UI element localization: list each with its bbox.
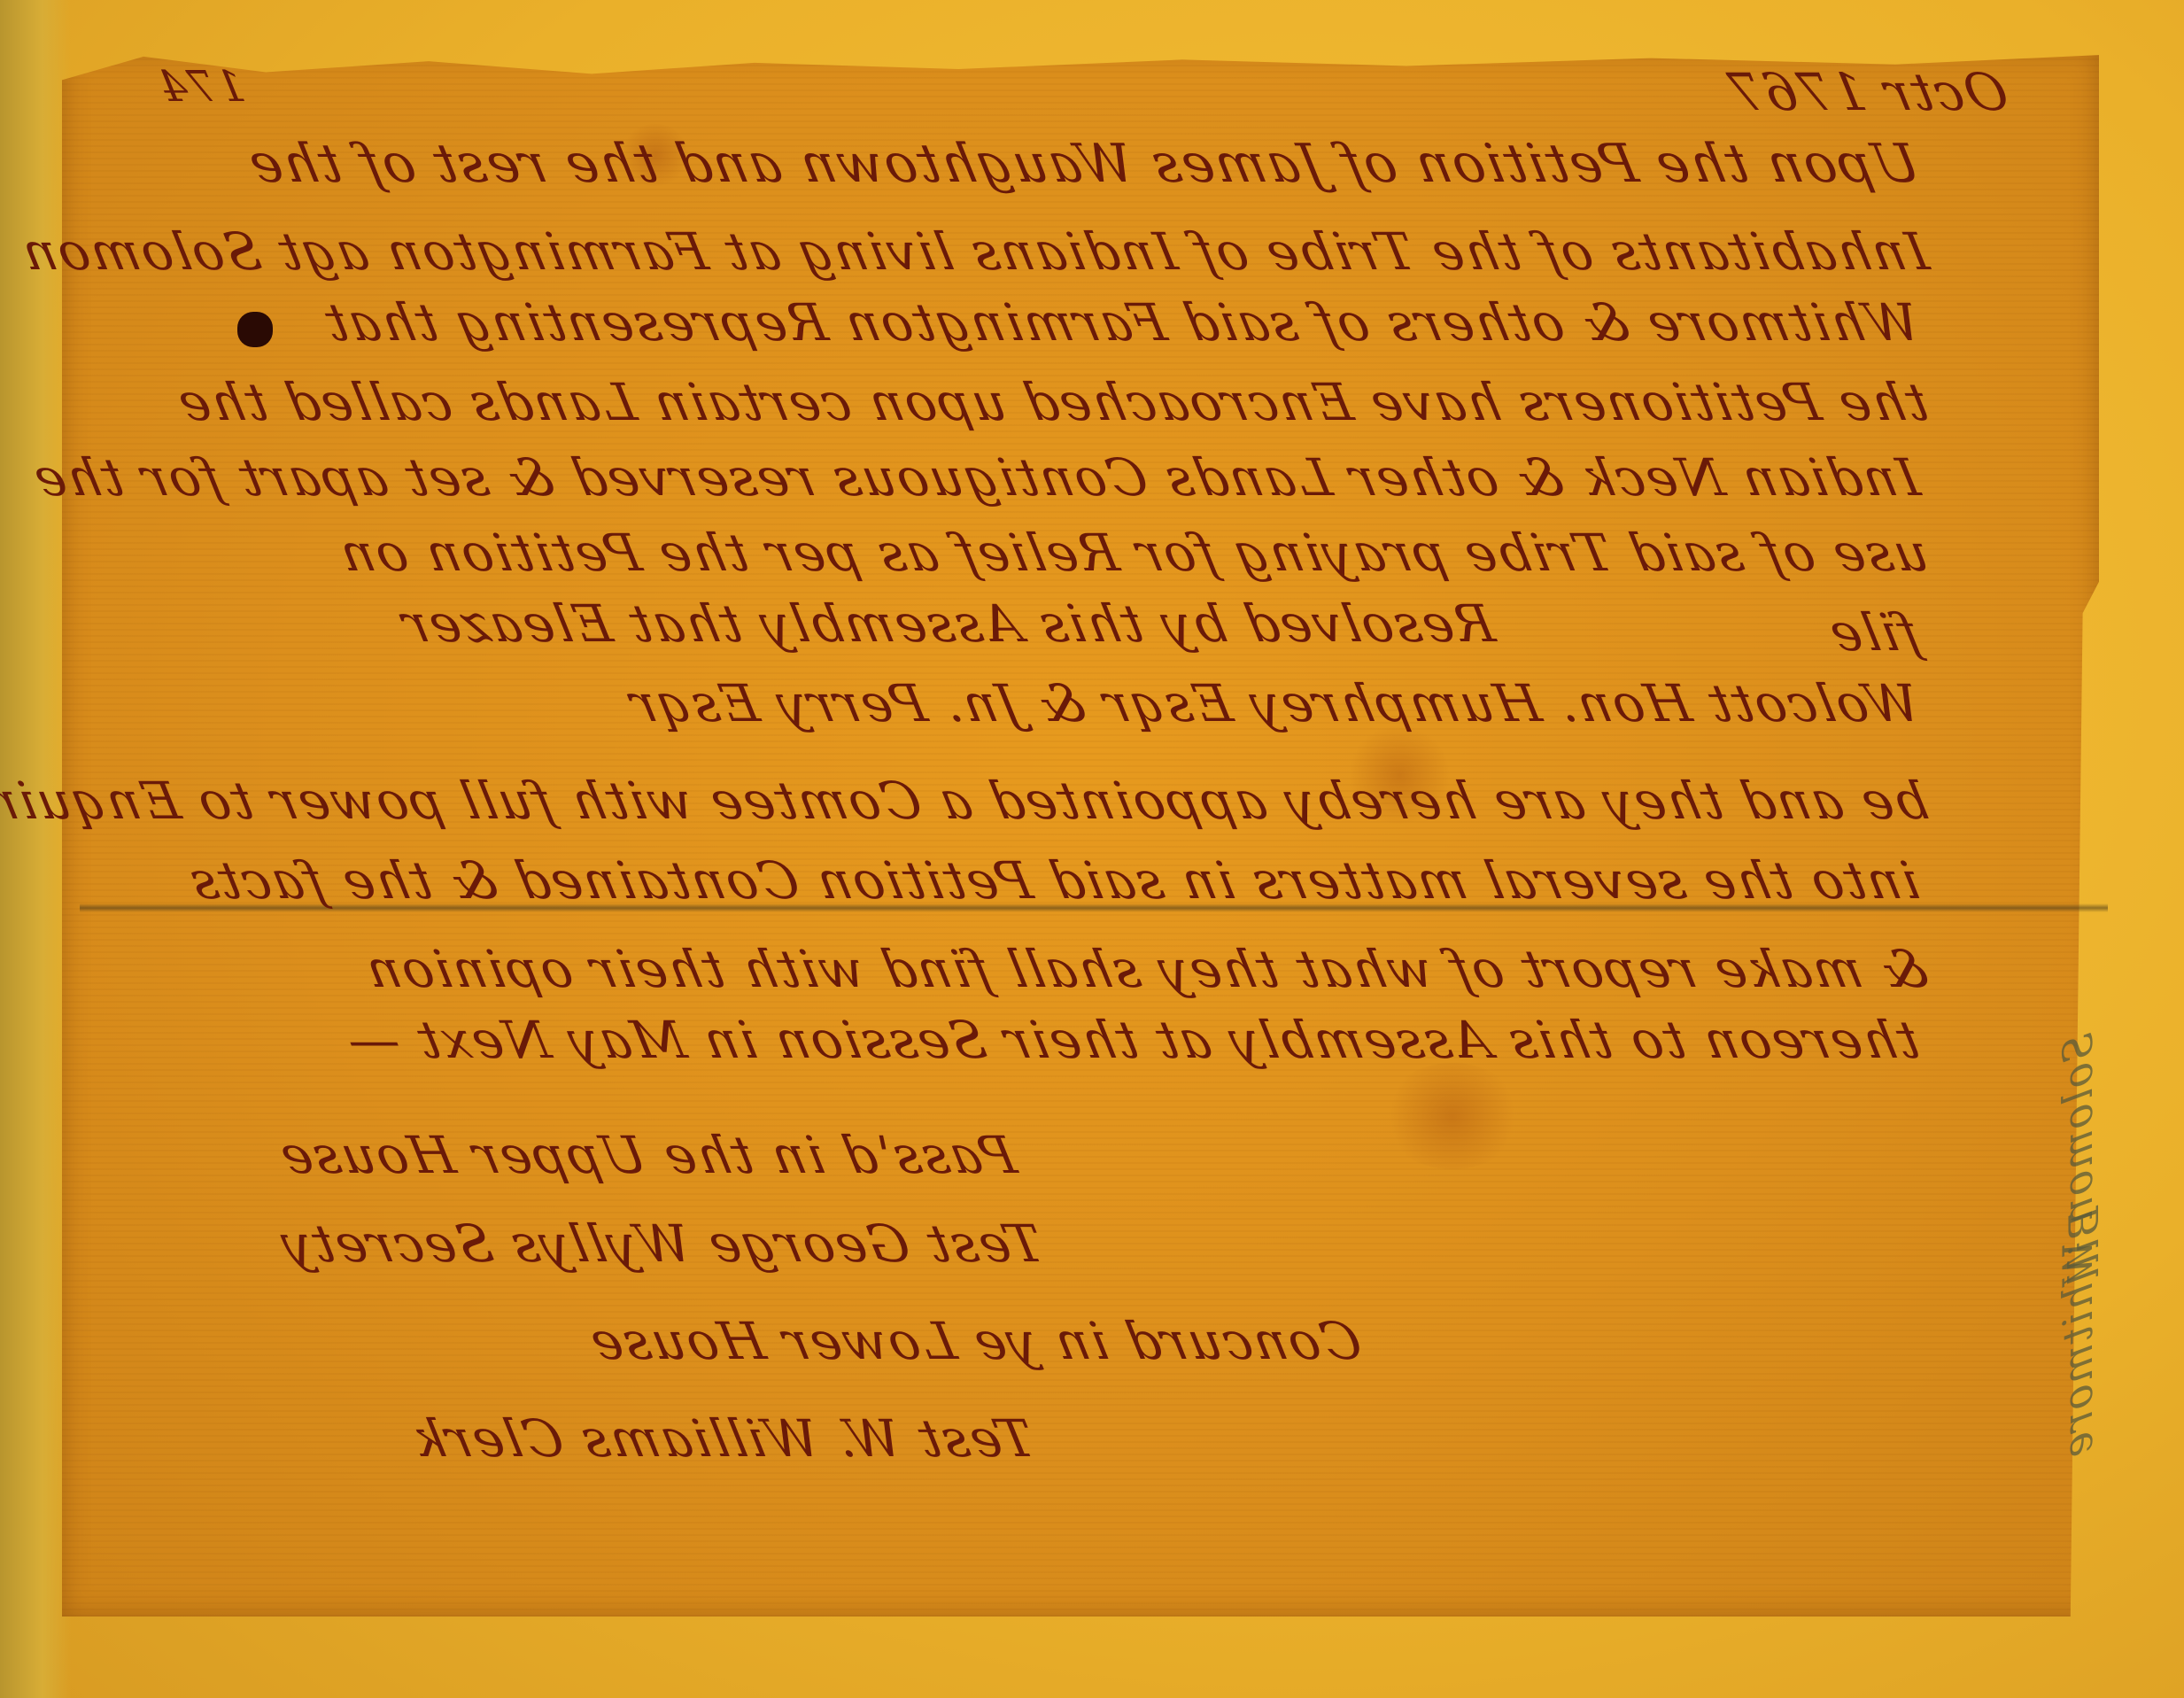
document-date: Octr 1767: [1722, 62, 2014, 122]
attestation-lower-house: Concurd in ye Lower House: [584, 1311, 1367, 1371]
attestation-clerk: Test W. Williams Clerk: [406, 1408, 1040, 1469]
body-line: Upon the Petition of James Waughtown and…: [242, 133, 1925, 195]
body-line: into the several matters in said Petitio…: [182, 850, 1925, 911]
body-line: thereon to this Assembly at their Sessio…: [339, 1010, 1925, 1070]
attestation-secretary: Test George Wyllys Secrety: [275, 1213, 1049, 1274]
body-line: Inhabitants of the Tribe of Indians livi…: [15, 221, 1933, 282]
page-number: 174: [152, 62, 250, 112]
body-line: & make report of what they shall find wi…: [359, 939, 1933, 999]
body-line: Wolcott Hon. Humphrey Esqr & Jn. Perry E…: [623, 673, 1925, 733]
mirrored-handwriting: 174 Octr 1767 Upon the Petition of James…: [0, 0, 2184, 1698]
attestation-upper-house: Pass'd in the Upper House: [273, 1125, 1021, 1185]
body-line: file: [1823, 602, 1925, 663]
body-line: use of said Tribe praying for Relief as …: [333, 523, 1933, 583]
margin-note: Bill: [2060, 1204, 2108, 1288]
body-line: Indian Neck & other Lands Contiguous res…: [27, 447, 1925, 508]
body-line: be and they are hereby appointed a Comte…: [0, 771, 1933, 831]
body-line: Resolved by this Assembly that Eleazer: [395, 593, 1499, 654]
body-line: the Petitioners have Encroached upon cer…: [171, 372, 1933, 432]
body-line: Whitmore & others of said Farmington Rep…: [319, 292, 1925, 353]
